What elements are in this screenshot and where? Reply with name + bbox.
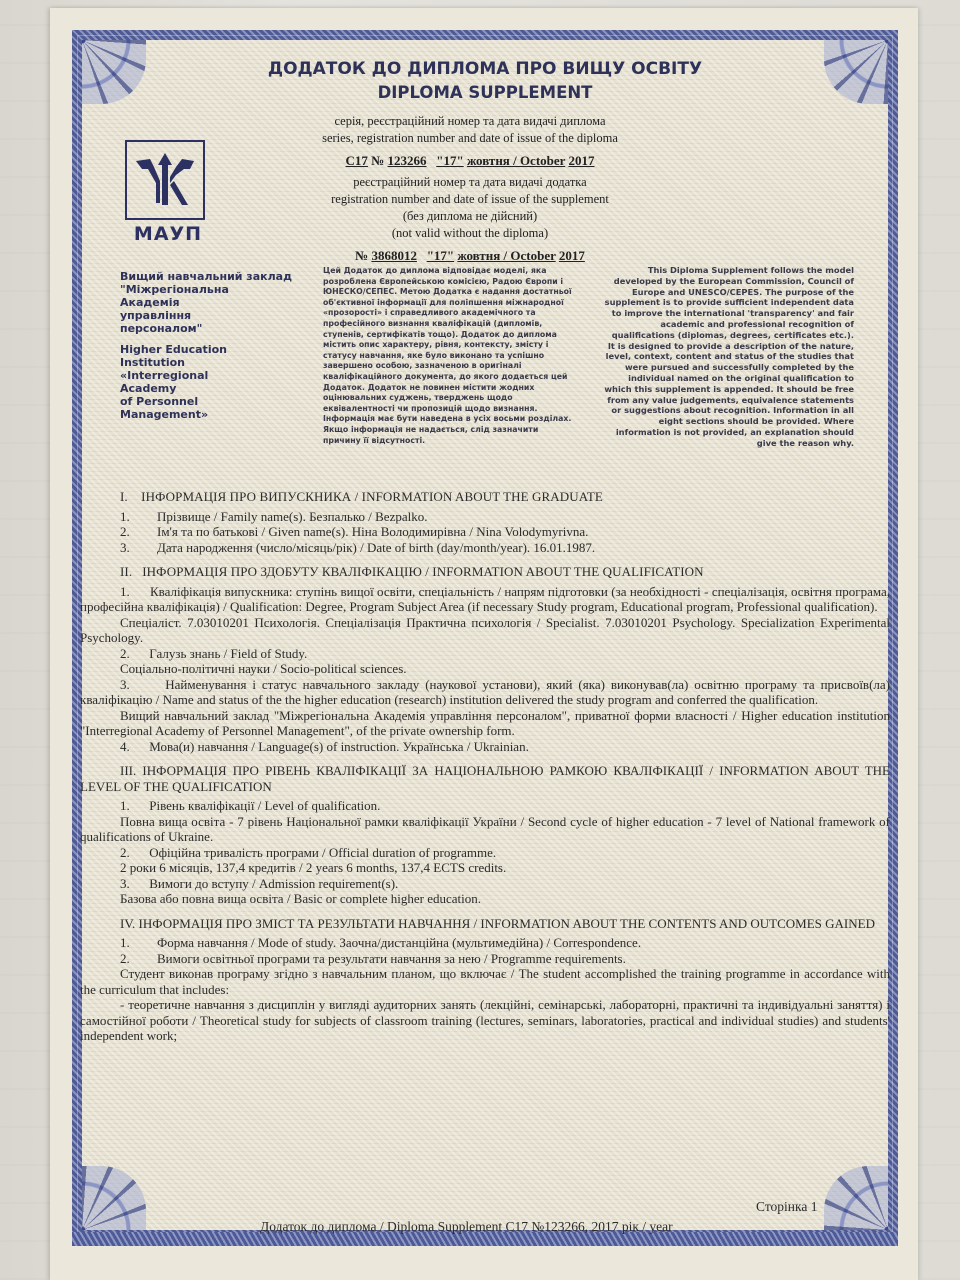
duration-label: 2. Офіційна тривалість програми / Offici…: [80, 845, 890, 861]
description-ua: Цей Додаток до диплома відповідає моделі…: [323, 266, 573, 446]
supplement-day: "17": [427, 248, 454, 263]
supplement-caption-ua: реєстраційний номер та дата видачі додат…: [210, 174, 730, 191]
supplement-caption-en: registration number and date of issue of…: [210, 191, 730, 208]
page-number: Сторінка 1: [756, 1199, 818, 1215]
institution-name: Вищий навчальний заклад "Міжрегіональна …: [120, 270, 305, 429]
duration-value: 2 роки 6 місяців, 137,4 кредитів / 2 yea…: [80, 860, 890, 876]
section-2-heading: II. ІНФОРМАЦІЯ ПРО ЗДОБУТУ КВАЛІФІКАЦІЮ …: [80, 564, 890, 580]
diploma-caption-en: series, registration number and date of …: [210, 130, 730, 147]
level-label: 1. Рівень кваліфікації / Level of qualif…: [80, 798, 890, 814]
admission-value: Базова або повна вища освіта / Basic or …: [80, 891, 890, 907]
supplement-number-line: № 3868012 "17" жовтня / October 2017: [210, 247, 730, 264]
validity-en: (not valid without the diploma): [210, 225, 730, 242]
institution-status-label: 3. Найменування і статус навчального зак…: [80, 677, 890, 708]
institution-name-en: Higher Education Institution «Interregio…: [120, 343, 305, 421]
level-value: Повна вища освіта - 7 рівень Національно…: [80, 814, 890, 845]
supplement-sections: I. ІНФОРМАЦІЯ ПРО ВИПУСКНИКА / INFORMATI…: [80, 489, 890, 1044]
section-1-heading: I. ІНФОРМАЦІЯ ПРО ВИПУСКНИКА / INFORMATI…: [80, 489, 890, 505]
institution-name-ua: Вищий навчальний заклад "Міжрегіональна …: [120, 270, 305, 335]
description-en: This Diploma Supplement follows the mode…: [602, 265, 854, 449]
registration-block: серія, реєстраційний номер та дата видач…: [210, 113, 730, 269]
field-of-study-value: Соціально-політичні науки / Socio-politi…: [80, 661, 890, 677]
validity-ua: (без диплома не дійсний): [210, 208, 730, 225]
diploma-number: 123266: [388, 153, 427, 168]
footer-text: Додаток до диплома / Diploma Supplement …: [260, 1219, 673, 1235]
title-en: DIPLOMA SUPPLEMENT: [80, 81, 890, 104]
list-item: 3.Дата народження (число/місяць/рік) / D…: [80, 540, 890, 556]
list-item: 1.Форма навчання / Mode of study. Заочна…: [80, 935, 890, 951]
supplement-month: жовтня / October: [457, 248, 555, 263]
curriculum-intro: Студент виконав програму згідно з навчал…: [80, 966, 890, 997]
diploma-number-line: С17 № 123266 "17" жовтня / October 2017: [210, 152, 730, 169]
document-title: ДОДАТОК ДО ДИПЛОМА ПРО ВИЩУ ОСВІТУ DIPLO…: [80, 58, 890, 104]
institution-logo: МАУП: [125, 140, 211, 245]
section-3-heading: III. ІНФОРМАЦІЯ ПРО РІВЕНЬ КВАЛІФІКАЦІЇ …: [80, 763, 890, 794]
list-item: 1.Прізвище / Family name(s). Безпалько /…: [80, 509, 890, 525]
list-item: 2.Ім'я та по батькові / Given name(s). Н…: [80, 524, 890, 540]
logo-name: МАУП: [125, 223, 211, 245]
qualification-label: 1. Кваліфікація випускника: ступінь вищо…: [80, 584, 890, 615]
diploma-year: 2017: [568, 153, 594, 168]
number-sign: №: [371, 153, 384, 168]
curriculum-theoretical: - теоретичне навчання з дисциплін у вигл…: [80, 997, 890, 1044]
language-of-instruction: 4. Мова(и) навчання / Language(s) of ins…: [80, 739, 890, 755]
diploma-caption-ua: серія, реєстраційний номер та дата видач…: [210, 113, 730, 130]
maup-logo-icon: [125, 140, 205, 220]
title-ua: ДОДАТОК ДО ДИПЛОМА ПРО ВИЩУ ОСВІТУ: [80, 58, 890, 81]
supplement-number: 3868012: [371, 248, 417, 263]
qualification-value: Спеціаліст. 7.03010201 Психологія. Спеці…: [80, 615, 890, 646]
diploma-month: жовтня / October: [467, 153, 565, 168]
admission-label: 3. Вимоги до вступу / Admission requirem…: [80, 876, 890, 892]
list-item: 2.Вимоги освітньої програми та результат…: [80, 951, 890, 967]
diploma-day: "17": [436, 153, 463, 168]
diploma-series: С17: [346, 153, 368, 168]
document-content: ДОДАТОК ДО ДИПЛОМА ПРО ВИЩУ ОСВІТУ DIPLO…: [80, 0, 890, 1280]
supplement-year: 2017: [559, 248, 585, 263]
number-sign: №: [355, 248, 368, 263]
institution-status-value: Вищий навчальний заклад "Міжрегіональна …: [80, 708, 890, 739]
section-4-heading: IV. ІНФОРМАЦІЯ ПРО ЗМІСТ ТА РЕЗУЛЬТАТИ Н…: [80, 916, 890, 932]
field-of-study-label: 2. Галузь знань / Field of Study.: [80, 646, 890, 662]
